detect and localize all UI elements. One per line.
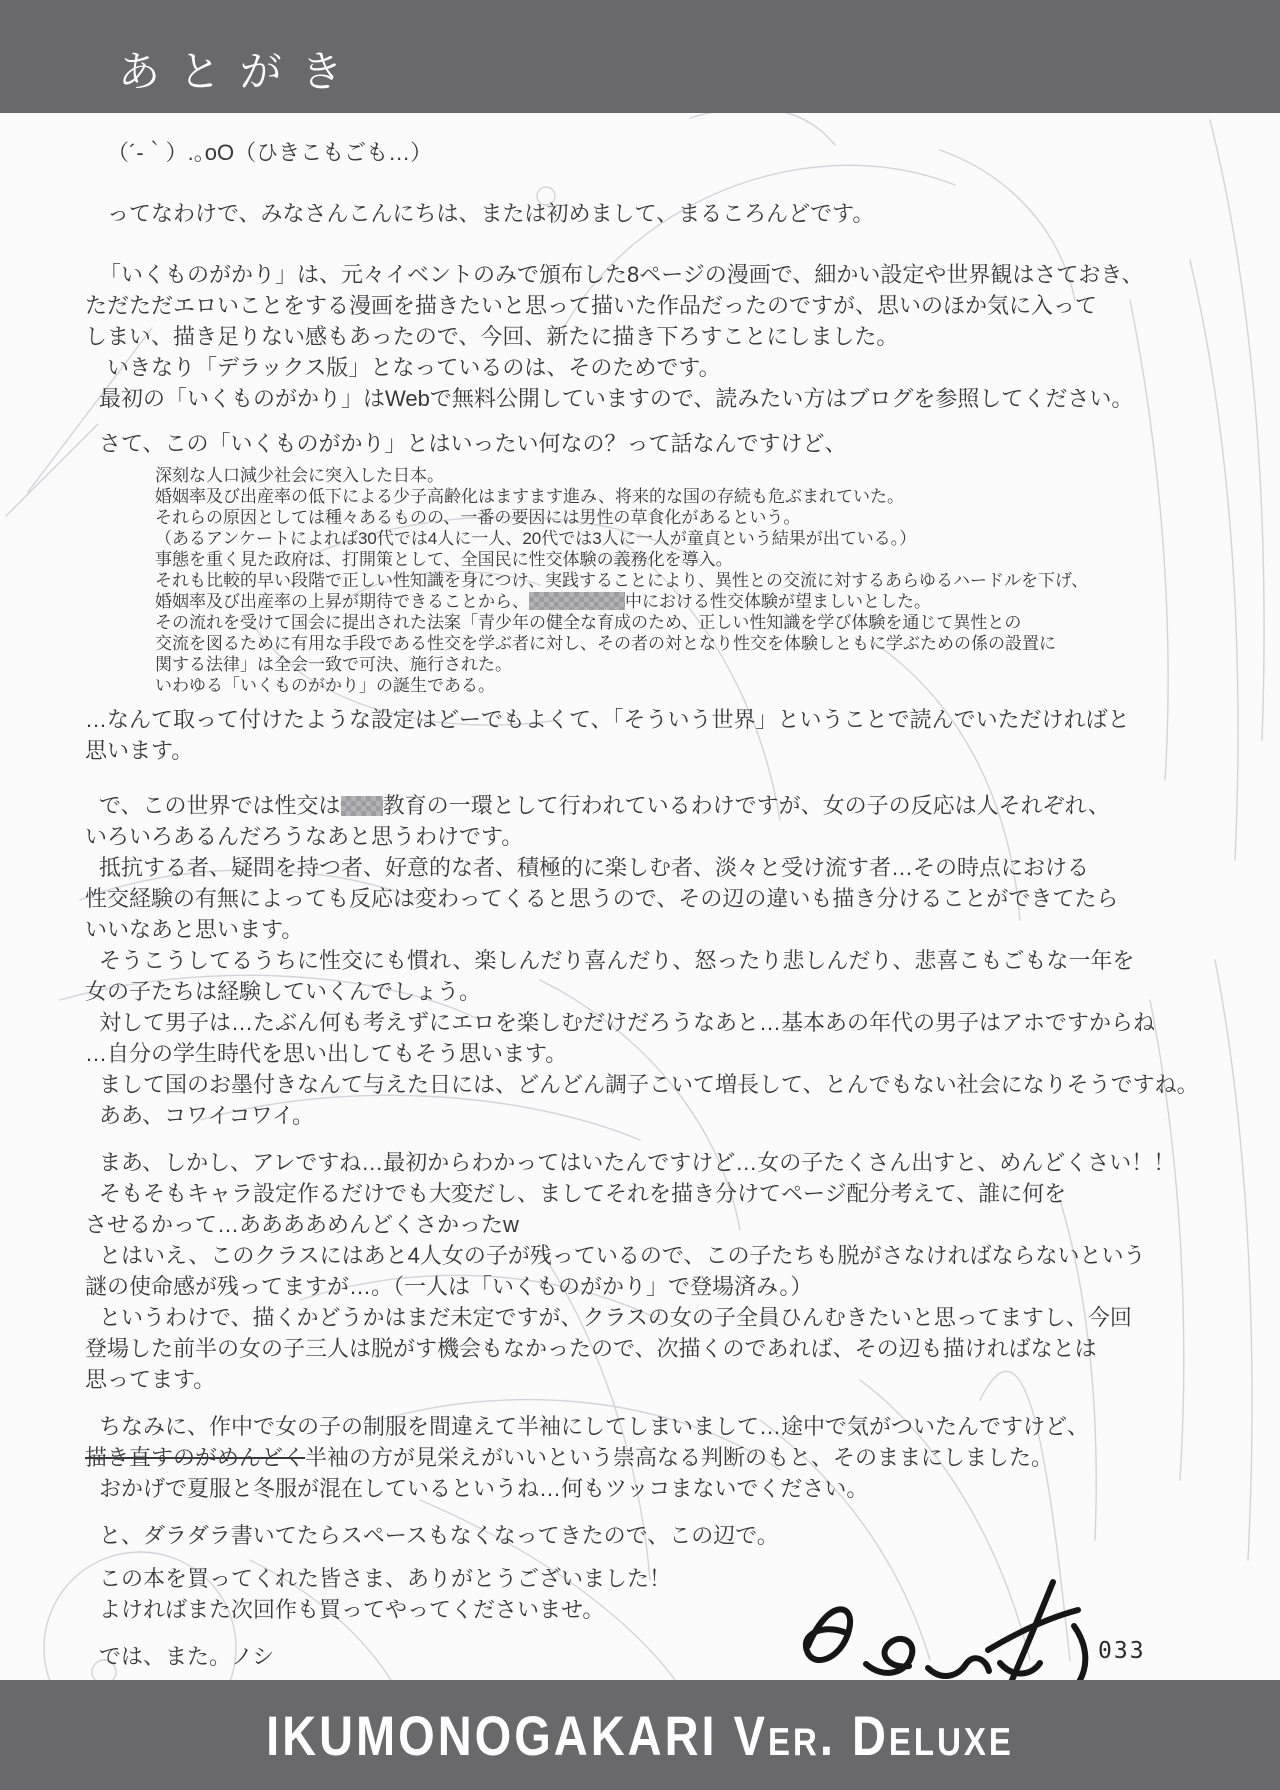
text-line: 対して男子は…たぶん何も考えずにエロを楽しむだけだろうなあと…基本あの年代の男子…: [85, 1007, 1210, 1038]
page-number: 033: [1098, 1638, 1146, 1664]
text-line: それらの原因としては種々あるものの、一番の要因には男性の草食化があるという。: [155, 507, 1210, 528]
text-line: 女の子たちは経験していくんでしょう。: [85, 976, 1210, 1007]
text-line: とはいえ、このクラスにはあと4人女の子が残っているので、この子たちも脱がさなけれ…: [85, 1240, 1210, 1271]
text-line: 「いくものがかり」は、元々イベントのみで頒布した8ページの漫画で、細かい設定や世…: [85, 259, 1210, 290]
text-segment: 婚姻率及び出産率の上昇が期待できることから、: [155, 592, 529, 611]
text-line: （´-｀）.｡oO（ひきこもごも…）: [85, 137, 1210, 168]
text-line: いきなり「デラックス版」となっているのは、そのためです。: [85, 352, 1210, 383]
text-line: いろいろあるんだろうなあと思うわけです。: [85, 821, 1210, 852]
text-line: （あるアンケートによれば30代では4人に一人、20代では3人に一人が童貞という結…: [155, 528, 1210, 549]
struck-text: 描き直すのがめんどく: [85, 1445, 305, 1470]
text-line: いいなあと思います。: [85, 914, 1210, 945]
text-line: させるかって…ああああめんどくさかったw: [85, 1209, 1210, 1240]
text-segment: 教育の一環として行われているわけですが、女の子の反応は人それぞれ、: [383, 793, 1110, 818]
text-line: 婚姻率及び出産率の低下による少子高齢化はますます進み、将来的な国の存続も危ぶまれ…: [155, 486, 1210, 507]
text-segment: 半袖の方が見栄えがいいという崇高なる判断のもと、そのままにしました。: [305, 1445, 1053, 1470]
text-line: おかげで夏服と冬服が混在しているというね…何もツッコまないでください。: [85, 1473, 1210, 1504]
text-line: しまい、描き足りない感もあったので、今回、新たに描き下ろすことにしました。: [85, 321, 1210, 352]
text-segment: 中における性交体験が望ましいとした。: [625, 592, 931, 611]
text-line: 思います。: [85, 735, 1210, 766]
text-line: と、ダラダラ書いてたらスペースもなくなってきたので、この辺で。: [85, 1520, 1210, 1551]
text-line: ただただエロいことをする漫画を描きたいと思って描いた作品だったのですが、思いのほ…: [85, 290, 1210, 321]
afterword-page: あとがき （´-｀）.｡oO（ひきこもごも…） ってなわけで、みなさんこんにちは…: [0, 0, 1280, 1790]
text-line: ってなわけで、みなさんこんにちは、または初めまして、まるころんどです。: [85, 198, 1210, 229]
text-line-censored: で、この世界では性交は教育の一環として行われているわけですが、女の子の反応は人そ…: [85, 790, 1210, 821]
footer-title: IKUMONOGAKARI Ver. Deluxe: [266, 1703, 1014, 1768]
text-line: 交流を図るために有用な手段である性交を学ぶ者に対し、その者の対となり性交を体験し…: [155, 633, 1210, 654]
text-line: 抵抗する者、疑問を持つ者、好意的な者、積極的に楽しむ者、淡々と受け流す者…その時…: [85, 852, 1210, 883]
text-line: そうこうしてるうちに性交にも慣れ、楽しんだり喜んだり、怒ったり悲しんだり、悲喜こ…: [85, 945, 1210, 976]
setting-block: 深刻な人口減少社会に突入した日本。 婚姻率及び出産率の低下による少子高齢化はます…: [85, 465, 1210, 696]
text-line: それも比較的早い段階で正しい性知識を身につけ、実践することにより、異性との交流に…: [155, 570, 1210, 591]
text-line: まあ、しかし、アレですね…最初からわかってはいたんですけど…女の子たくさん出すと…: [85, 1147, 1210, 1178]
text-line: …自分の学生時代を思い出してもそう思います。: [85, 1038, 1210, 1069]
text-line-strikethrough: 描き直すのがめんどく半袖の方が見栄えがいいという崇高なる判断のもと、そのままにし…: [85, 1442, 1210, 1473]
text-line: そもそもキャラ設定作るだけでも大変だし、ましてそれを描き分けてページ配分考えて、…: [85, 1178, 1210, 1209]
afterword-text: （´-｀）.｡oO（ひきこもごも…） ってなわけで、みなさんこんにちは、または初…: [85, 113, 1210, 1680]
text-line: まして国のお墨付きなんて与えた日には、どんどん調子こいて増長して、とんでもない社…: [85, 1069, 1210, 1100]
text-line: ああ、コワイコワイ。: [85, 1100, 1210, 1131]
text-line: その流れを受けて国会に提出された法案「青少年の健全な育成のため、正しい性知識を学…: [155, 612, 1210, 633]
text-segment: で、この世界では性交は: [99, 793, 341, 818]
text-line: 事態を重く見た政府は、打開策として、全国民に性交体験の義務化を導入。: [155, 549, 1210, 570]
censor-mosaic-bar: [529, 592, 625, 610]
text-line: 思ってます。: [85, 1364, 1210, 1395]
text-line: いわゆる「いくものがかり」の誕生である。: [155, 675, 1210, 696]
header-bar: あとがき: [0, 0, 1280, 113]
text-line: 登場した前半の女の子三人は脱がす機会もなかったので、次描くのであれば、その辺も描…: [85, 1333, 1210, 1364]
page-title: あとがき: [118, 39, 362, 99]
text-line-censored: 婚姻率及び出産率の上昇が期待できることから、中における性交体験が望ましいとした。: [155, 591, 1210, 612]
text-line: というわけで、描くかどうかはまだ未定ですが、クラスの女の子全員ひんむきたいと思っ…: [85, 1302, 1210, 1333]
text-line: 最初の「いくものがかり」はWebで無料公開していますので、読みたい方はブログを参…: [85, 383, 1210, 414]
text-line: …なんて取って付けたような設定はどーでもよくて、「そういう世界」ということで読ん…: [85, 704, 1210, 735]
text-line: 性交経験の有無によっても反応は変わってくると思うので、その辺の違いも描き分けるこ…: [85, 883, 1210, 914]
censor-mosaic-bar: [341, 796, 383, 816]
text-line: 謎の使命感が残ってますが…。（一人は「いくものがかり」で登場済み。）: [85, 1271, 1210, 1302]
footer-bar: IKUMONOGAKARI Ver. Deluxe: [0, 1680, 1280, 1790]
text-line: ちなみに、作中で女の子の制服を間違えて半袖にしてしまいまして…途中で気がついたん…: [85, 1411, 1210, 1442]
text-line: 深刻な人口減少社会に突入した日本。: [155, 465, 1210, 486]
text-line: 関する法律」は全会一致で可決、施行された。: [155, 654, 1210, 675]
text-line: さて、この「いくものがかり」とはいったい何なの？って話なんですけど、: [85, 428, 1210, 459]
